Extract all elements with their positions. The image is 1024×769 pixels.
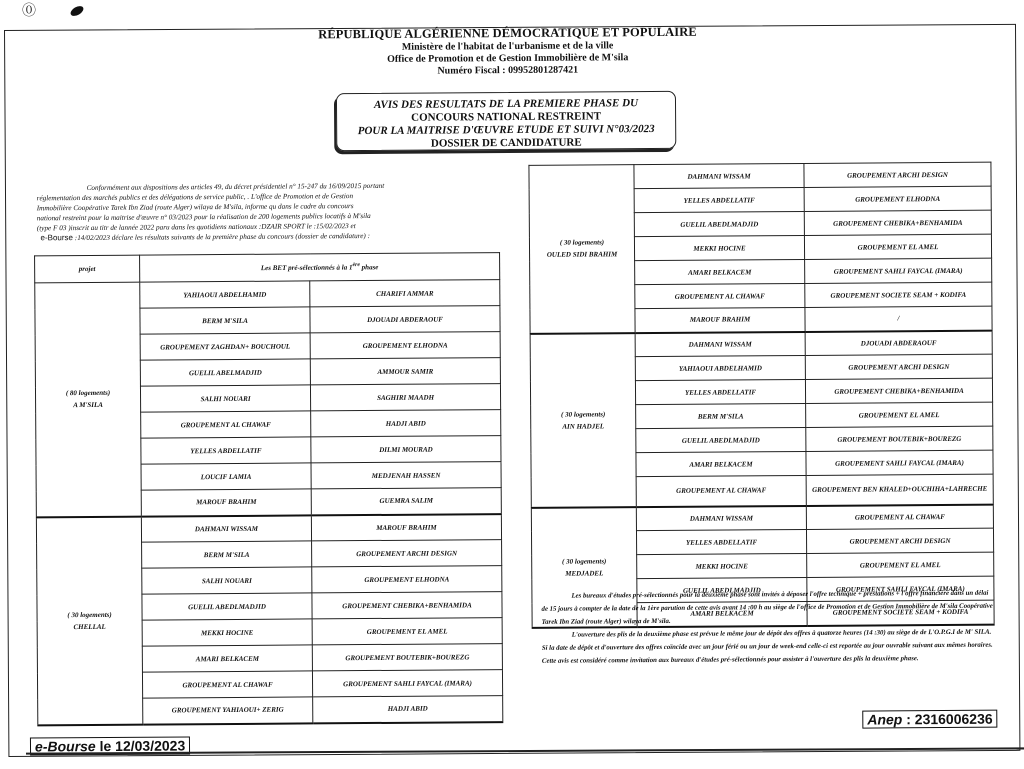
bet-candidate-cell: MAROUF BRAHIM xyxy=(141,489,311,516)
project-units: ( 30 logements) xyxy=(533,408,633,421)
bet-candidate-cell-alt: GROUPEMENT AL CHAWAF xyxy=(806,504,993,529)
bet-candidate-cell: AMARI BELKACEM xyxy=(636,451,806,476)
bet-candidate-cell: BERM M'SILA xyxy=(140,307,310,334)
anep-label: Anep xyxy=(867,711,902,727)
bet-candidate-cell-alt: / xyxy=(805,306,992,331)
bet-candidate-cell: SALHI NOUARI xyxy=(142,567,312,594)
anep-number: : 2316006236 xyxy=(902,711,992,728)
bet-candidate-cell: DAHMANI WISSAM xyxy=(635,331,805,356)
circle-mark-icon: ⓪ xyxy=(22,4,36,19)
bet-candidate-cell-alt: GROUPEMENT BEN KHALED+OUCHIHA+LAHRECHE xyxy=(806,474,993,505)
table-row: ( 80 logements)A M'SILAYAHIAOUI ABDELHAM… xyxy=(35,280,500,309)
table-row: ( 30 logements)AIN HADJELDAHMANI WISSAMD… xyxy=(530,330,992,357)
bet-candidate-cell: YELLES ABDELLATIF xyxy=(636,529,806,554)
title-line-1: AVIS DES RESULTATS DE LA PREMIERE PHASE … xyxy=(337,97,675,112)
title-line-3: POUR LA MAITRISE D'ŒUVRE ETUDE ET SUIVI … xyxy=(337,123,675,138)
bet-candidate-cell: GROUPEMENT AL CHAWAF xyxy=(636,475,806,506)
bet-candidate-cell: GUELIL ABEDLMADJID xyxy=(142,593,312,620)
bet-candidate-cell-alt: MEDJENAH HASSEN xyxy=(311,462,501,489)
bet-candidate-cell-alt: GROUPEMENT ELHODNA xyxy=(310,332,500,359)
bet-candidate-cell: YAHIAOUI ABDELHAMID xyxy=(140,281,310,308)
bet-candidate-cell-alt: MAROUF BRAHIM xyxy=(311,514,501,541)
project-location: A M'SILA xyxy=(38,399,138,412)
bet-candidate-cell: GROUPEMENT YAHIAOUI+ ZERIG xyxy=(143,697,313,724)
project-units: ( 30 logements) xyxy=(532,236,632,249)
bet-candidate-cell-alt: DJOUADI ABDERAOUF xyxy=(310,306,500,333)
project-location: AIN HADJEL xyxy=(533,420,633,433)
bet-candidate-cell: LOUCIF LAMIA xyxy=(141,463,311,490)
e-bourse-label: e-Bourse xyxy=(40,233,73,242)
bet-candidate-cell: DAHMANI WISSAM xyxy=(636,505,806,530)
results-table-right: ( 30 logements)OULED SIDI BRAHIMDAHMANI … xyxy=(528,162,994,629)
bet-candidate-cell: GUELIL ABELMADJID xyxy=(140,359,310,386)
bet-candidate-cell: YELLES ABDELLATIF xyxy=(141,437,311,464)
bet-candidate-cell: SALHI NOUARI xyxy=(140,385,310,412)
bet-candidate-cell-alt: HADJI ABID xyxy=(311,410,501,437)
bet-candidate-cell: GUELIL ABEDLMADJID xyxy=(634,211,804,236)
bet-candidate-cell-alt: GROUPEMENT ARCHI DESIGN xyxy=(804,162,991,187)
project-cell: ( 30 logements)OULED SIDI BRAHIM xyxy=(529,165,635,334)
bet-candidate-cell-alt: GUEMRA SALIM xyxy=(311,488,501,515)
bet-candidate-cell-alt: GROUPEMENT ARCHI DESIGN xyxy=(806,528,993,553)
bet-candidate-cell-alt: HADJI ABID xyxy=(313,696,503,723)
project-units: ( 30 logements) xyxy=(534,555,634,568)
bet-candidate-cell: BERM M'SILA xyxy=(636,403,806,428)
bet-candidate-cell-alt: GROUPEMENT CHEBIKA+BENHAMIDA xyxy=(312,592,502,619)
bet-candidate-cell-alt: CHARIFI AMMAR xyxy=(310,280,500,307)
project-location: MEDJADEL xyxy=(534,567,634,580)
project-cell: ( 30 logements)CHELLAL xyxy=(36,516,142,725)
bet-candidate-cell-alt: GROUPEMENT SAHLI FAYCAL (IMARA) xyxy=(806,450,993,475)
notice-title-box: AVIS DES RESULTATS DE LA PREMIERE PHASE … xyxy=(336,91,676,151)
bet-candidate-cell-alt: GROUPEMENT CHEBIKA+BENHAMIDA xyxy=(805,378,992,403)
results-table-left: projet Les BET pré-sélectionnés à la 1èr… xyxy=(34,252,503,726)
fiscal-number: Numéro Fiscal : 09952801287421 xyxy=(298,64,718,79)
bet-candidate-cell: MEKKI HOCINE xyxy=(637,553,807,578)
bet-candidate-cell-alt: SAGHIRI MAADH xyxy=(310,384,500,411)
bet-candidate-cell: MAROUF BRAHIM xyxy=(635,307,805,332)
bet-candidate-cell-alt: GROUPEMENT EL AMEL xyxy=(807,552,994,577)
project-cell: ( 30 logements)AIN HADJEL xyxy=(530,333,636,508)
table-row: ( 30 logements)MEDJADELDAHMANI WISSAMGRO… xyxy=(531,504,993,531)
document-page: RÉPUBLIQUE ALGÉRIENNE DÉMOCRATIQUE ET PO… xyxy=(17,27,1012,754)
bet-candidate-cell-alt: GROUPEMENT EL AMEL xyxy=(804,234,991,259)
project-units: ( 80 logements) xyxy=(38,387,138,400)
bet-candidate-cell: GROUPEMENT AL CHAWAF xyxy=(141,411,311,438)
bet-candidate-cell: BERM M'SILA xyxy=(142,541,312,568)
bet-candidate-cell-alt: GROUPEMENT SAHLI FAYCAL (IMARA) xyxy=(805,258,992,283)
bet-candidate-cell: YELLES ABDELLATIF xyxy=(635,379,805,404)
project-units: ( 30 logements) xyxy=(40,608,140,621)
table-row: ( 30 logements)OULED SIDI BRAHIMDAHMANI … xyxy=(529,162,991,189)
bet-candidate-cell-alt: GROUPEMENT CHEBIKA+BENHAMIDA xyxy=(804,210,991,235)
bet-candidate-cell-alt: GROUPEMENT SOCIETE SEAM + KODIFA xyxy=(805,282,992,307)
bet-candidate-cell-alt: GROUPEMENT EL AMEL xyxy=(806,402,993,427)
ink-blot-icon xyxy=(68,4,84,18)
bet-candidate-cell-alt: GROUPEMENT ELHODNA xyxy=(804,186,991,211)
bet-candidate-cell-alt: GROUPEMENT BOUTEBIK+BOUREZG xyxy=(806,426,993,451)
bet-candidate-cell-alt: AMMOUR SAMIR xyxy=(310,358,500,385)
document-header: RÉPUBLIQUE ALGÉRIENNE DÉMOCRATIQUE ET PO… xyxy=(297,25,717,79)
bet-candidate-cell: MEKKI HOCINE xyxy=(142,619,312,646)
bet-candidate-cell: YELLES ABDELLATIF xyxy=(634,187,804,212)
intro-line-text: :14/02/2023 déclare les résultats suivan… xyxy=(73,232,370,242)
second-phase-notice: Les bureaux d'études pré-sélectionnés po… xyxy=(541,587,997,668)
bet-candidate-cell-alt: DILMI MOURAD xyxy=(311,436,501,463)
bet-candidate-cell-alt: GROUPEMENT BOUTEBIK+BOUREZG xyxy=(312,644,502,671)
bet-candidate-cell: YAHIAOUI ABDELHAMID xyxy=(635,355,805,380)
bet-candidate-cell: GROUPEMENT ZAGHDAN+ BOUCHOUL xyxy=(140,333,310,360)
header-bet: Les BET pré-sélectionnés à la 1ère phase xyxy=(140,253,500,283)
bet-candidate-cell: MEKKI HOCINE xyxy=(634,235,804,260)
title-line-4: DOSSIER DE CANDIDATURE xyxy=(337,136,675,151)
anep-reference: Anep : 2316006236 xyxy=(862,710,997,729)
bet-candidate-cell-alt: GROUPEMENT ELHODNA xyxy=(312,566,502,593)
bet-candidate-cell-alt: GROUPEMENT SAHLI FAYCAL (IMARA) xyxy=(312,670,502,697)
intro-paragraph: Conformément aux dispositions des articl… xyxy=(37,180,492,243)
bet-candidate-cell-alt: GROUPEMENT ARCHI DESIGN xyxy=(312,540,502,567)
notice-paragraph: Les bureaux d'études pré-sélectionnés po… xyxy=(541,587,996,629)
table-row: ( 30 logements)CHELLALDAHMANI WISSAMMARO… xyxy=(36,514,501,543)
project-location: CHELLAL xyxy=(40,620,140,633)
bet-candidate-cell: DAHMANI WISSAM xyxy=(141,515,311,542)
republic-title: RÉPUBLIQUE ALGÉRIENNE DÉMOCRATIQUE ET PO… xyxy=(297,25,717,43)
bet-candidate-cell: GROUPEMENT AL CHAWAF xyxy=(635,283,805,308)
bet-candidate-cell: DAHMANI WISSAM xyxy=(634,163,804,188)
bet-candidate-cell: GROUPEMENT AL CHAWAF xyxy=(142,671,312,698)
bet-candidate-cell: AMARI BELKACEM xyxy=(635,259,805,284)
notice-paragraph: Cette avis est considéré comme invitatio… xyxy=(542,652,997,668)
project-cell: ( 80 logements)A M'SILA xyxy=(35,282,142,517)
bet-candidate-cell-alt: GROUPEMENT EL AMEL xyxy=(312,618,502,645)
bet-candidate-cell: AMARI BELKACEM xyxy=(142,645,312,672)
bet-candidate-cell-alt: GROUPEMENT ARCHI DESIGN xyxy=(805,354,992,379)
bet-candidate-cell: GUELIL ABEDLMADJID xyxy=(636,427,806,452)
intro-line: e-Bourse :14/02/2023 déclare les résulta… xyxy=(37,230,492,243)
header-projet: projet xyxy=(35,255,140,283)
bet-candidate-cell-alt: DJOUADI ABDERAOUF xyxy=(805,330,992,355)
scan-marks: ⓪ xyxy=(22,0,84,20)
project-location: OULED SIDI BRAHIM xyxy=(532,248,632,261)
